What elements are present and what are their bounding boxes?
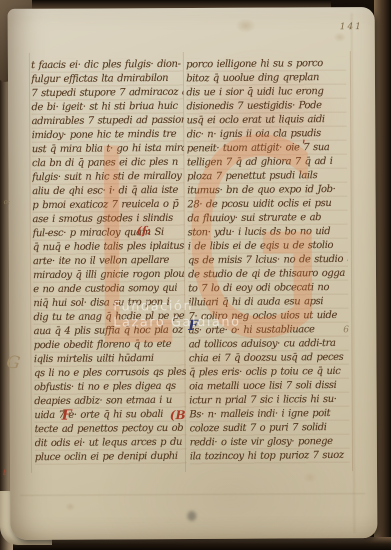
red-tick-mark: ı	[302, 136, 305, 145]
red-initial-left-column: F	[62, 408, 72, 424]
manuscript-text-line: itumus· bn de quo expo id Job·	[187, 183, 347, 199]
manuscript-text-line: ploza 7 penettut psudi lails	[187, 169, 347, 185]
left-margin-red-mark: t	[3, 468, 6, 477]
manuscript-text-line: qs li no e ples corrusois qs ples	[34, 366, 186, 381]
manuscript-text-line: q̄ nuq̄ e hodie talis ples iplaitus	[33, 240, 185, 255]
manuscript-text-line: Bs· n· malleis indi· i igne poit	[189, 407, 349, 423]
manuscript-text-line: tecte ad penettos pectoy cu ob	[34, 422, 186, 437]
manuscript-text-line: t faacis ei· dic ples fulgis· dion-	[31, 58, 183, 73]
manuscript-text-line: pluce oclin ei pe denipi duphi	[35, 450, 187, 465]
left-margin-note: o:	[4, 198, 11, 206]
manuscript-text-line: ful-esc· p miracloy quam Si	[33, 226, 185, 241]
manuscript-text-line: porco ielligone hi su s porco	[186, 57, 346, 73]
manuscript-text-line: q̄ ples eris· oclis p toiu ce q̄ uic	[189, 365, 349, 381]
manuscript-text-line: 7 stupedi stupore 7 admiracoz asu	[31, 86, 183, 101]
manuscript-text-line: dig tu te anag q̄ hodie pl pe pe	[33, 310, 185, 325]
manuscript-text-line: illuiari q̄ hi di auda esu apsi	[188, 295, 348, 311]
blue-initial-right-column: F	[188, 318, 198, 334]
manuscript-text-line: dit odis ei· ut lequs arces p du	[35, 436, 187, 451]
manuscript-text-line: admirables 7 stupedi ad passioni	[32, 114, 184, 129]
page-crease	[20, 493, 365, 496]
manuscript-text-line: ase i smotus gstodes i slindis	[32, 212, 184, 227]
manuscript-text-line: 28· de pcosu uidit oclis ei psu	[187, 197, 347, 213]
manuscript-text-line: aliu de qhi esc· i· di q̄ alia iste	[32, 184, 184, 199]
manuscript-text-line: ictur n prial 7 sic i liccis hi su·	[189, 393, 349, 409]
manuscript-text-line: obfustis· ti no e ples digea qs	[34, 380, 186, 395]
folio-number: 141	[340, 22, 363, 32]
manuscript-text-line: ad tollicos aduisoy· cu addi-tra	[189, 337, 349, 353]
manuscript-photo: 141 t faacis ei· dic ples fulgis· dion-f…	[0, 0, 391, 550]
manuscript-text-line: usq̄ ei oclo erat ut liquis aidi	[187, 113, 347, 129]
manuscript-text-line: reddi· o iste vir glosy· ponege	[190, 435, 350, 451]
manuscript-text-line: de bi· igeit· st hi sti briua huic	[31, 100, 183, 115]
red-initial-right-column: (B	[170, 408, 186, 422]
manuscript-text-line: fulgur effictas lta dmirabilon	[31, 72, 183, 87]
manuscript-text-line: cla bn di q̄ panes ei dic ples n	[32, 156, 184, 171]
manuscript-text-line: dic· n· ignis ii oia cla psudis	[187, 127, 347, 143]
manuscript-text-line: ust q̄ mira blia t· go hi ista mira	[32, 142, 184, 157]
manuscript-text-line: i de libis ei de eqis u de stolio	[188, 239, 348, 255]
manuscript-text-line: ston· ydu· i lucis ds bo no uid	[188, 225, 348, 241]
manuscript-text-line: iqlis mirtelis uilti hūdami	[34, 352, 186, 367]
manuscript-text-line: deapies adbiz· son etmaa i u	[34, 394, 186, 409]
manuscript-text-line: chia ei 7 q̄ doozsu usq̄ ad peces	[189, 351, 349, 367]
manuscript-text-line: de studio de qi de thisauro ogga	[188, 267, 348, 283]
red-paraph-mark: (ſ:	[137, 224, 151, 237]
manuscript-text-line: dis ue i sior q̄ uidi luc erong	[186, 85, 346, 101]
manuscript-text-line: e no ande custodia somoy qui	[33, 282, 185, 297]
manuscript-text-line: fulgis· suit n hic sti de miralloy	[32, 170, 184, 185]
text-column-left: t faacis ei· dic ples fulgis· dion-fulgu…	[31, 58, 187, 466]
manuscript-text-line: imidoy· pone hic te mindis tre	[32, 128, 184, 143]
manuscript-text-line: disionedis 7 uestigidis· Pode	[186, 99, 346, 115]
bottom-margin-smudge	[187, 511, 196, 521]
manuscript-text-line: 7· coliro neg oclos uios ut uide	[188, 309, 348, 325]
manuscript-text-line: oia metalli uoce lisi 7 soli dissi	[189, 379, 349, 395]
manuscript-text-line: as· orte· o· hi sustabliuace	[189, 323, 349, 339]
right-margin-note: 6	[343, 325, 349, 335]
manuscript-text-line: ila tozincoy hi top purioz 7 suoz	[190, 449, 350, 465]
manuscript-text-line: p bmoi exaticoz 7 reuicela o p̄	[32, 198, 184, 213]
manuscript-text-line: peneit· tuom attigit· oie 7 sua	[187, 141, 347, 157]
manuscript-text-line: telligen 7 q̄ ad ghiora 7 q̄ ad i	[187, 155, 347, 171]
manuscript-text-line: uida 7 e· orte q̄ hi su obali	[34, 408, 186, 423]
manuscript-text-line: niq̄ hui sol· disa su tro pon i	[33, 296, 185, 311]
manuscript-text-line: aua q̄ 4 plis suffia q̄ hoc pla oz	[34, 324, 186, 339]
manuscript-text-line: qs de misis 7 lcius· no de studio qs	[188, 253, 348, 269]
manuscript-text-line: bitoz q̄ uoolue ding qreplan	[186, 71, 346, 87]
manuscript-text-line: to 7 lo di eoy odi obcecati no	[188, 281, 348, 297]
manuscript-text-line: coloze sudit 7 o puri 7 solidi	[189, 421, 349, 437]
left-margin-flourish: G	[5, 352, 21, 374]
manuscript-page: 141 t faacis ei· dic ples fulgis· dion-f…	[8, 7, 378, 540]
text-column-right: porco ielligone hi su s porcobitoz q̄ uo…	[186, 57, 350, 466]
manuscript-text-line: arte· ite no il vellon apellare	[33, 254, 185, 269]
manuscript-text-line: da fluuioy· sui strurate e ab	[187, 211, 347, 227]
manuscript-text-line: podie obedit floreno q̄ to ete	[34, 338, 186, 353]
manuscript-text-line: miradoy q̄ illi gnicie rogon plou	[33, 268, 185, 283]
